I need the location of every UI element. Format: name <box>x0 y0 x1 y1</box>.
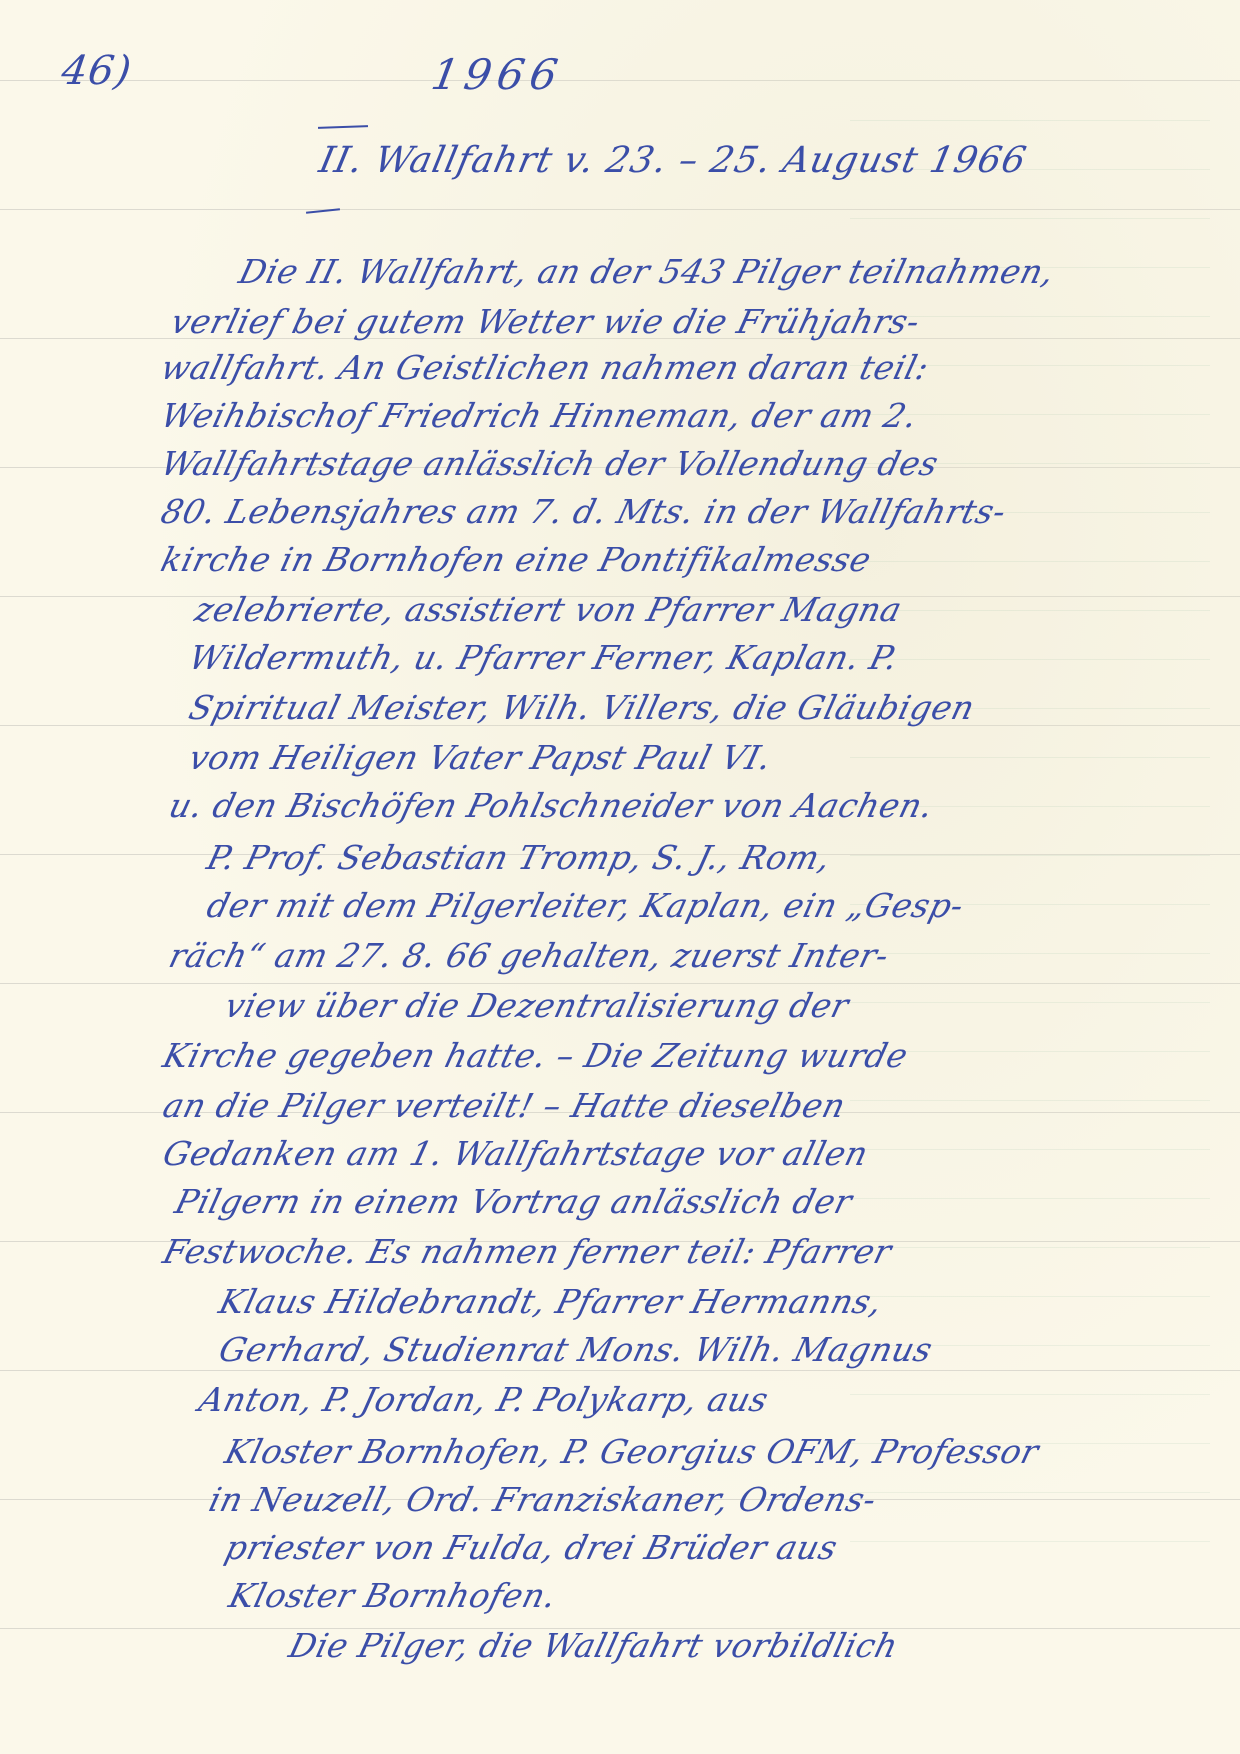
body-line: zelebrierte, assistiert von Pfarrer Magn… <box>191 590 906 629</box>
body-line: vom Heiligen Vater Papst Paul VI. <box>185 738 776 777</box>
body-line: räch“ am 27. 8. 66 gehalten, zuerst Inte… <box>165 936 893 975</box>
body-line: Die Pilger, die Wallfahrt vorbildlich <box>285 1626 902 1665</box>
body-line: 80. Lebensjahres am 7. d. Mts. in der Wa… <box>157 492 1010 531</box>
body-line: Klaus Hildebrandt, Pfarrer Hermanns, <box>215 1282 886 1321</box>
body-line: Festwoche. Es nahmen ferner teil: Pfarre… <box>159 1232 896 1271</box>
body-line: Spiritual Meister, Wilh. Villers, die Gl… <box>185 688 979 727</box>
body-line: Gerhard, Studienrat Mons. Wilh. Magnus <box>215 1330 937 1369</box>
body-line: verlief bei gutem Wetter wie die Frühjah… <box>167 302 924 341</box>
handwritten-body: Die II. Wallfahrt, an der 543 Pilger tei… <box>0 0 1240 1754</box>
body-line: Anton, P. Jordan, P. Polykarp, aus <box>195 1380 772 1419</box>
body-line: an die Pilger verteilt! – Hatte dieselbe… <box>159 1086 850 1125</box>
body-line: u. den Bischöfen Pohlschneider von Aache… <box>165 786 937 825</box>
body-line: Gedanken am 1. Wallfahrtstage vor allen <box>159 1134 872 1173</box>
body-line: wallfahrt. An Geistlichen nahmen daran t… <box>157 348 933 387</box>
body-line: in Neuzell, Ord. Franziskaner, Ordens- <box>205 1480 881 1519</box>
body-line: priester von Fulda, drei Brüder aus <box>221 1528 841 1567</box>
body-line: Wildermuth, u. Pfarrer Ferner, Kaplan. P… <box>185 638 902 677</box>
body-line: Weihbischof Friedrich Hinneman, der am 2… <box>157 396 922 435</box>
body-line: Pilgern in einem Vortrag anlässlich der <box>171 1182 856 1221</box>
body-line: Wallfahrtstage anlässlich der Vollendung… <box>157 444 942 483</box>
body-line: kirche in Bornhofen eine Pontifikalmesse <box>157 540 875 579</box>
body-line: view über die Dezentralisierung der <box>221 986 853 1025</box>
body-line: Die II. Wallfahrt, an der 543 Pilger tei… <box>235 252 1058 291</box>
body-line: P. Prof. Sebastian Tromp, S. J., Rom, <box>203 838 835 877</box>
body-line: Kirche gegeben hatte. – Die Zeitung wurd… <box>159 1036 912 1075</box>
body-line: Kloster Bornhofen, P. Georgius OFM, Prof… <box>221 1432 1043 1471</box>
notebook-page: 46) 1966 II. Wallfahrt v. 23. – 25. Augu… <box>0 0 1240 1754</box>
body-line: Kloster Bornhofen. <box>225 1576 561 1615</box>
body-line: der mit dem Pilgerleiter, Kaplan, ein „G… <box>203 886 968 925</box>
